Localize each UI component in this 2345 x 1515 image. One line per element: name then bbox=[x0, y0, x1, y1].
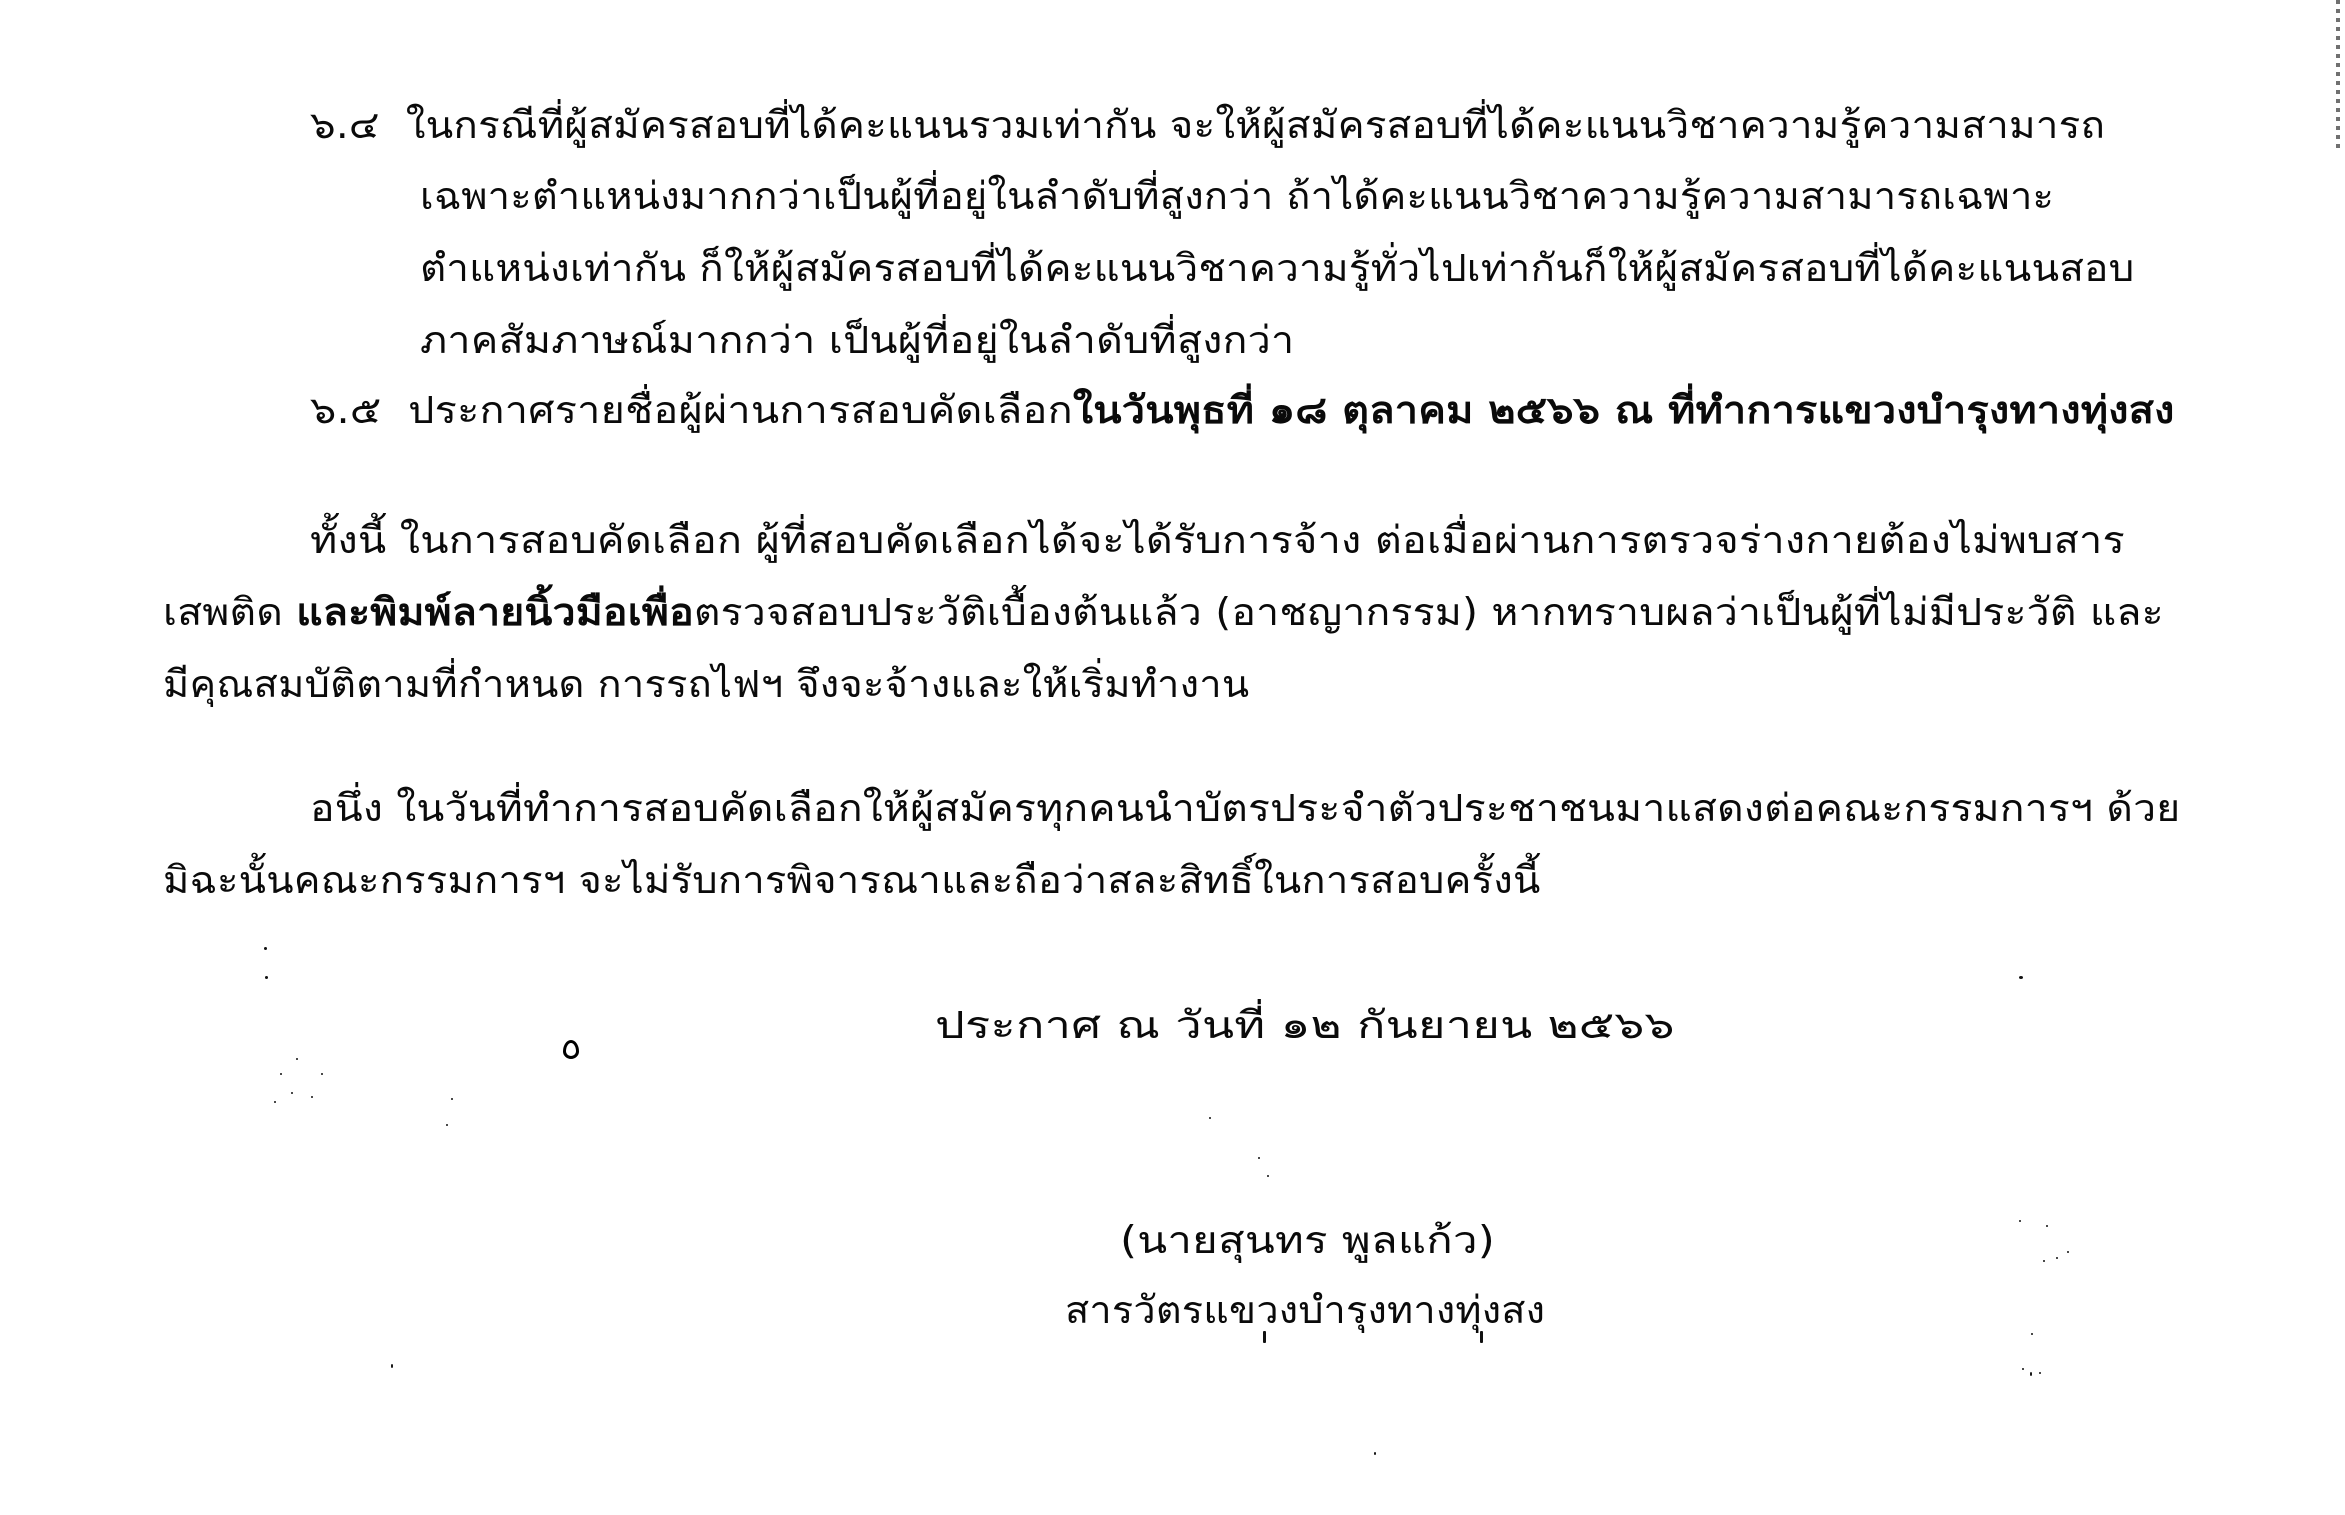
scan-dot bbox=[2031, 1333, 2033, 1335]
section-6-4-line-2: เฉพาะตำแหน่งมากกว่าเป็นผู้ที่อยู่ในลำดับ… bbox=[420, 166, 2054, 226]
scan-dot bbox=[446, 1124, 448, 1126]
scan-dot bbox=[391, 1364, 393, 1368]
paragraph-1-line-1: ทั้งนี้ ในการสอบคัดเลือก ผู้ที่สอบคัดเลื… bbox=[310, 510, 2125, 570]
paragraph-1-line-2-end: ตรวจสอบประวัติเบื้องต้นแล้ว (อาชญากรรม) … bbox=[694, 590, 2164, 634]
paragraph-1-line-2: เสพติด และพิมพ์ลายนิ้วมือเพื่อตรวจสอบประ… bbox=[163, 582, 2164, 642]
section-6-5-date-location: ในวันพุธที่ ๑๘ ตุลาคม ๒๕๖๖ ณ ที่ทำการแขว… bbox=[1073, 388, 2175, 432]
scan-dot bbox=[321, 1073, 323, 1075]
scan-dot bbox=[2043, 1260, 2045, 1262]
section-6-5-text: ประกาศรายชื่อผู้ผ่านการสอบคัดเลือก bbox=[408, 388, 1073, 432]
scan-dot bbox=[291, 1092, 293, 1094]
paragraph-1-fingerprint-text: และพิมพ์ลายนิ้วมือเพื่อ bbox=[296, 590, 694, 634]
section-6-4-line-1: ๖.๔ ในกรณีที่ผู้สมัครสอบที่ได้คะแนนรวมเท… bbox=[310, 95, 2105, 155]
scan-dot bbox=[311, 1096, 313, 1098]
section-6-4-line-4: ภาคสัมภาษณ์มากกว่า เป็นผู้ที่อยู่ในลำดับ… bbox=[420, 310, 1294, 370]
paragraph-2-line-1: อนึ่ง ในวันที่ทำการสอบคัดเลือกให้ผู้สมัค… bbox=[310, 778, 2180, 838]
section-6-5-line: ๖.๕ ประกาศรายชื่อผู้ผ่านการสอบคัดเลือกใน… bbox=[310, 380, 2175, 440]
paragraph-1-line-2-start: เสพติด bbox=[163, 590, 296, 634]
scan-dot bbox=[274, 1101, 276, 1103]
section-number-6-4: ๖.๔ bbox=[310, 95, 380, 155]
scan-dot bbox=[2019, 976, 2023, 979]
scan-dot bbox=[296, 1058, 298, 1060]
paragraph-1-line-3: มีคุณสมบัติตามที่กำหนด การรถไฟฯ จึงจะจ้า… bbox=[163, 654, 1249, 714]
signatory-title: สารวัตรแขวงบำรุงทางทุ่งสง bbox=[1065, 1280, 1545, 1340]
scan-dot bbox=[1209, 1117, 1211, 1119]
paragraph-2-line-2: มิฉะนั้นคณะกรรมการฯ จะไม่รับการพิจารณาแล… bbox=[163, 850, 1541, 910]
scan-dot bbox=[264, 947, 267, 950]
scan-edge-artifact bbox=[2336, 0, 2340, 150]
section-number-6-5: ๖.๕ bbox=[310, 380, 381, 440]
scan-dot bbox=[451, 1098, 453, 1100]
scan-dot bbox=[2056, 1257, 2058, 1259]
signatory-name: (นายสุนทร พูลแก้ว) bbox=[1120, 1210, 1495, 1270]
scan-dot bbox=[2046, 1225, 2048, 1227]
scan-dot bbox=[1480, 1331, 1483, 1343]
scan-dot bbox=[2039, 1372, 2041, 1374]
scan-dot bbox=[1374, 1452, 1376, 1455]
scan-dot bbox=[2030, 1372, 2032, 1376]
scan-dot bbox=[1267, 1175, 1269, 1177]
scan-dot bbox=[2022, 1368, 2024, 1370]
scan-dot bbox=[1263, 1331, 1266, 1343]
scan-dot bbox=[2067, 1251, 2069, 1253]
scanned-document-page: ๖.๔ ในกรณีที่ผู้สมัครสอบที่ได้คะแนนรวมเท… bbox=[0, 0, 2345, 1515]
scan-dot bbox=[2019, 1220, 2021, 1222]
section-6-4-text-1: ในกรณีที่ผู้สมัครสอบที่ได้คะแนนรวมเท่ากั… bbox=[406, 103, 2105, 147]
scan-dot bbox=[280, 1073, 282, 1075]
scan-dot bbox=[265, 976, 268, 979]
scan-mark bbox=[563, 1040, 579, 1059]
section-6-4-line-3: ตำแหน่งเท่ากัน ก็ให้ผู้สมัครสอบที่ได้คะแ… bbox=[420, 238, 2134, 298]
scan-dot bbox=[1258, 1157, 1260, 1159]
announcement-date: ประกาศ ณ วันที่ ๑๒ กันยายน ๒๕๖๖ bbox=[935, 995, 1675, 1055]
